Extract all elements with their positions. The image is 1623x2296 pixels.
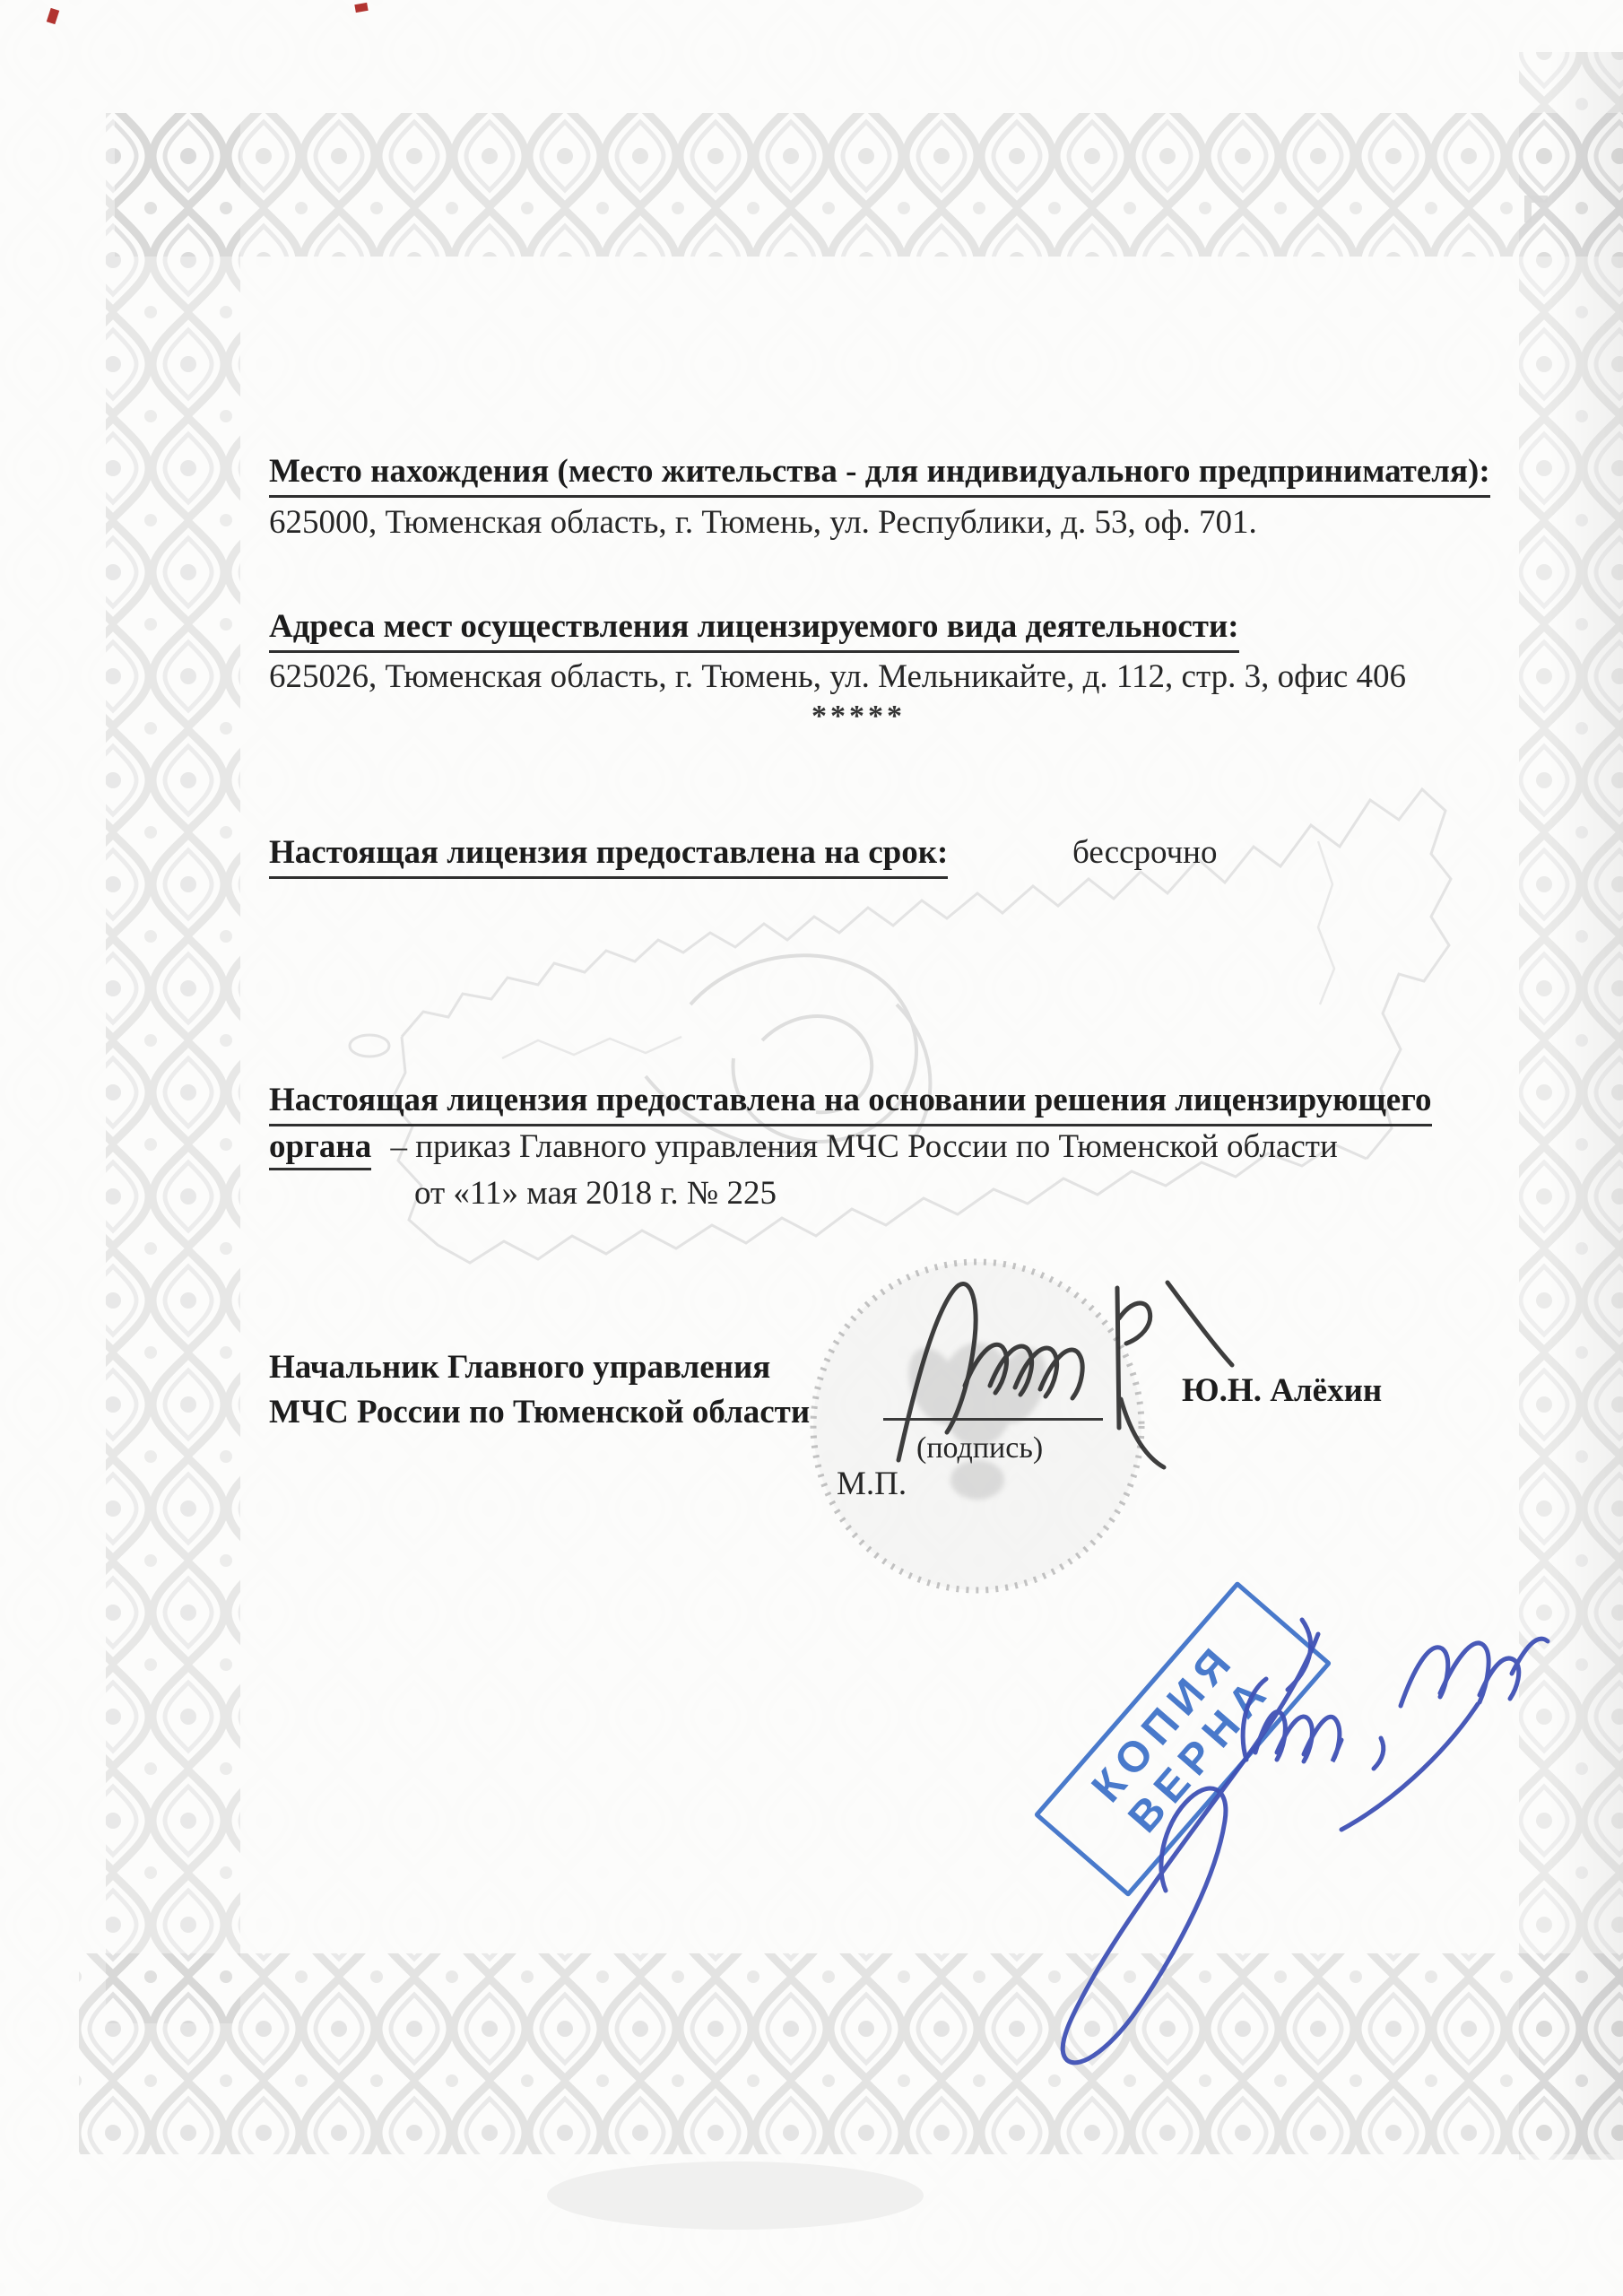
location-heading: Место нахождения (место жительства - для… bbox=[269, 451, 1490, 498]
signer-title-line2: МЧС России по Тюменской области bbox=[269, 1392, 810, 1433]
separator-stars: ***** bbox=[811, 698, 906, 736]
basis-heading-line1: Настоящая лицензия предоставлена на осно… bbox=[269, 1080, 1432, 1126]
location-value: 625000, Тюменская область, г. Тюмень, ул… bbox=[269, 502, 1257, 544]
addresses-heading: Адреса мест осуществления лицензируемого… bbox=[269, 606, 1239, 653]
basis-rest: – приказ Главного управления МЧС России … bbox=[390, 1128, 1337, 1165]
document-text: Место нахождения (место жительства - для… bbox=[0, 0, 1623, 2296]
signature-caption: (подпись) bbox=[916, 1430, 1043, 1468]
term-value: бессрочно bbox=[1072, 832, 1217, 874]
seal-abbr: М.П. bbox=[837, 1464, 907, 1505]
term-label: Настоящая лицензия предоставлена на срок… bbox=[269, 832, 948, 879]
basis-bold-word: органа bbox=[269, 1128, 371, 1170]
basis-line3: от «11» мая 2018 г. № 225 bbox=[414, 1173, 777, 1214]
signature-line bbox=[883, 1418, 1103, 1421]
scanned-license-page: Место нахождения (место жительства - для… bbox=[0, 0, 1623, 2296]
signer-title-line1: Начальник Главного управления bbox=[269, 1347, 770, 1388]
addresses-value: 625026, Тюменская область, г. Тюмень, ул… bbox=[269, 657, 1406, 698]
signer-name: Ю.Н. Алёхин bbox=[1182, 1370, 1382, 1412]
basis-line2: органа – приказ Главного управления МЧС … bbox=[269, 1126, 1338, 1168]
